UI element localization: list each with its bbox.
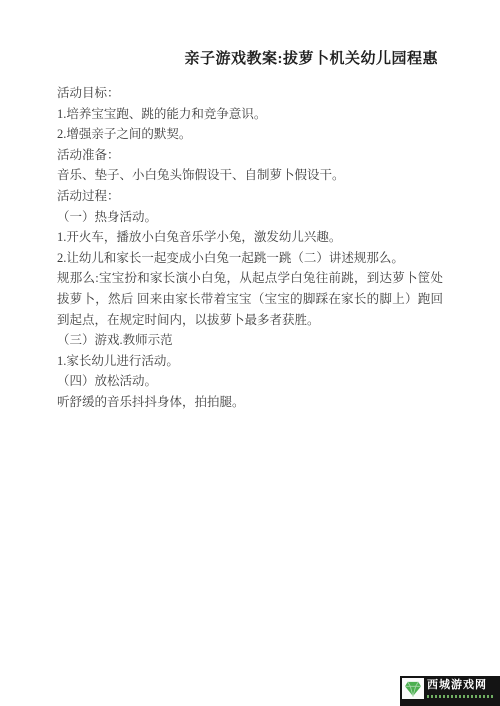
watermark-site-name: 西城游戏网	[427, 678, 498, 692]
doc-paragraph: 1.家长幼儿进行活动。	[57, 351, 443, 372]
doc-paragraph: （一）热身活动。	[57, 207, 443, 228]
document-body: 活动目标： 1.培养宝宝跑、跳的能力和竞争意识。 2.增强亲子之间的默契。 活动…	[57, 83, 443, 413]
doc-paragraph: 1.培养宝宝跑、跳的能力和竞争意识。	[57, 104, 443, 125]
doc-paragraph: 活动过程：	[57, 186, 443, 207]
doc-paragraph: 音乐、垫子、小白兔头饰假设干、自制萝卜假设干。	[57, 165, 443, 186]
doc-paragraph: 规那么:宝宝扮和家长演小白兔，从起点学白兔往前跳，到达萝卜筐处拔萝卜，然后 回来…	[57, 268, 443, 330]
doc-paragraph: 2.让幼儿和家长一起变成小白兔一起跳一跳（二）讲述规那么。	[57, 248, 443, 269]
doc-paragraph: 活动目标：	[57, 83, 443, 104]
doc-paragraph: （三）游戏.教师示范	[57, 330, 443, 351]
document-page: 亲子游戏教案:拔萝卜机关幼儿园程惠 活动目标： 1.培养宝宝跑、跳的能力和竞争意…	[0, 0, 500, 706]
site-watermark: 西城游戏网	[400, 676, 500, 706]
watermark-tagline-strip	[427, 695, 493, 698]
doc-paragraph: （四）放松活动。	[57, 371, 443, 392]
doc-paragraph: 听舒缓的音乐抖抖身体，拍拍腿。	[57, 392, 443, 413]
doc-paragraph: 活动准备：	[57, 145, 443, 166]
doc-paragraph: 2.增强亲子之间的默契。	[57, 124, 443, 145]
page-title: 亲子游戏教案:拔萝卜机关幼儿园程惠	[57, 50, 438, 68]
doc-paragraph: 1.开火车，播放小白兔音乐学小兔，激发幼儿兴趣。	[57, 227, 443, 248]
watermark-text-block: 西城游戏网	[427, 678, 498, 698]
gem-icon	[402, 678, 424, 699]
